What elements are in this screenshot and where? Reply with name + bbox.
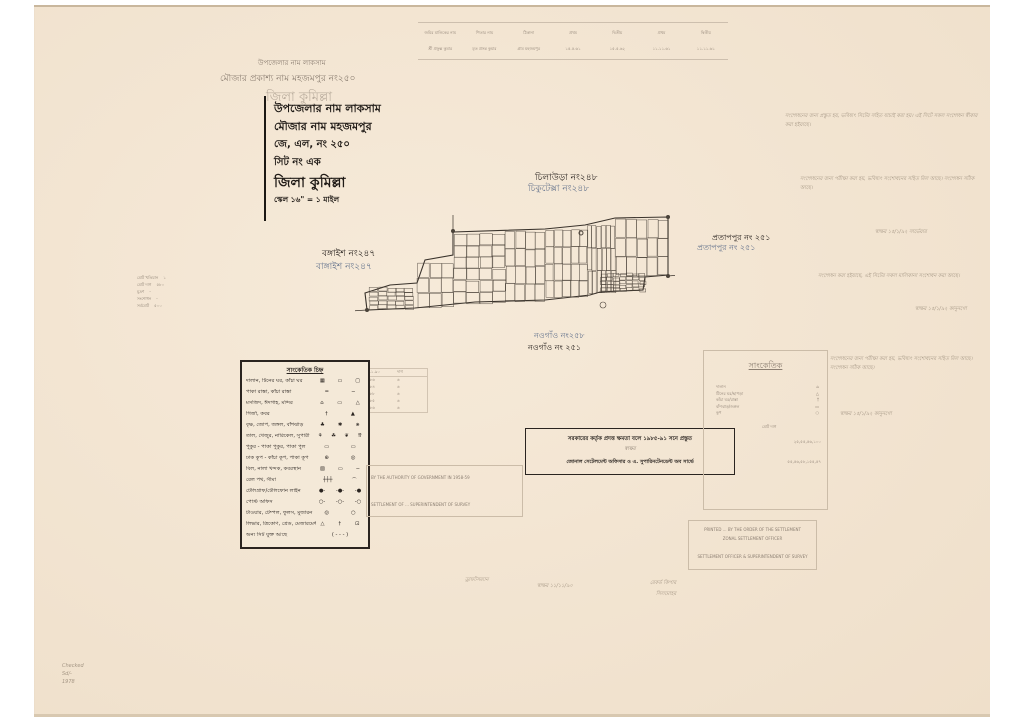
register-cell: ১৫.৫.৬১ <box>551 46 595 53</box>
legend-symbol-icon: -● <box>355 488 361 496</box>
legend-item-label: বৃক্ষ, জোপ, জঙ্গল, বাঁশঝাড় <box>246 422 316 430</box>
legend-symbol-icon: △ <box>321 521 325 529</box>
legend-symbol-icon: ─ <box>352 389 355 397</box>
right-legend-items: দালান টিনের ঘর/ছাপড়া কাঁচা ঘর/রাস্তা বা… <box>716 384 743 417</box>
legend-symbol-icon: ⌒ <box>352 477 357 485</box>
legend-item: লিভার, ত্রিকোণ, গ্রেড, মেজারমেন্ট△†⊡ <box>246 521 364 529</box>
title-block: উপজেলার নাম লাকসাম মৌজার নাম মহজমপুর জে,… <box>264 96 472 221</box>
small-table-row: ৭৮৮৬ <box>367 391 427 398</box>
legend-item: ঢাক কূপ - কাঁচা কূপ, পাকা কূপ⊕◎ <box>246 455 364 463</box>
legend-symbol-icon: ▭ <box>338 378 343 386</box>
legend-symbol-icon: △ <box>356 400 360 408</box>
legend-item-label: রেল পথ, সীমা <box>246 477 316 485</box>
register-cell: ১১.১১.৬১ <box>639 46 683 53</box>
east-boundary-label-old: প্রতাপপুর নং ২৫১ <box>697 242 755 255</box>
pencil-note: সংশোধনের জন্য পরীক্ষা করা হয়, ভবিষ্যৎ স… <box>800 175 980 193</box>
legend-symbol-icon: -○ <box>355 499 361 507</box>
legend-symbol-icon: ⋇ <box>356 422 360 430</box>
pencil-note: সংশোধনের জন্য পরীক্ষা করা হয়, ভবিষ্যৎ স… <box>830 355 980 373</box>
legend-symbol-icon: † <box>339 521 342 529</box>
plot-grid <box>369 219 668 310</box>
legend-item-symbols: ▭▭ <box>316 444 364 452</box>
register-cell: গ্রাম মহজমপুর <box>507 46 551 53</box>
legend-item: টেলিগ্রাফ/টেলিফোন লাইন●--●--● <box>246 488 364 496</box>
register-cell: ১১.১১.৬১ <box>684 46 728 53</box>
legend-item: অন্য সিট যুক্ত আছে( - - - ) <box>246 532 364 540</box>
legend-symbol-icon: ☘ <box>331 433 336 441</box>
pencil-note-bottom: রেকর্ড কিপার <box>650 579 676 588</box>
pencil-note: সংশোধনের জন্য প্রস্তুত হয়, ভবিষ্যৎ সিটে… <box>785 112 980 130</box>
right-legend-value: ২৫,৫৫,৫৬,১০০ <box>794 439 821 446</box>
register-header-row: জমির মালিকের নাম পিতার নাম ঠিকানা প্রথম … <box>418 30 728 37</box>
register-header: দ্বিতীয় <box>684 30 728 37</box>
legend-item-symbols: ⌂▭△ <box>316 400 364 408</box>
upazila-name: উপজেলার নাম লাকসাম <box>274 100 381 119</box>
legend-box: সাংকেতিক চিহ্ন দালান, টিনের ঘর, কাঁচা ঘর… <box>240 360 370 549</box>
legend-item-symbols: ( - - - ) <box>316 532 364 540</box>
pencil-signature: স্বাক্ষর ১৫/১/৯২ কানুনগো <box>840 410 980 419</box>
legend-title: সাংকেতিক চিহ্ন <box>242 365 368 376</box>
register-header: প্রথম <box>551 30 595 37</box>
legend-item-symbols: ○--○--○ <box>316 499 364 507</box>
summary-row: মোট খতিয়ান ১ <box>137 274 166 281</box>
register-table: জমির মালিকের নাম পিতার নাম ঠিকানা প্রথম … <box>418 22 728 60</box>
right-legend-value: ৫৫,৫৬,৫৮,১৫৫,৫৭ <box>787 459 821 466</box>
legend-symbol-icon: ▧ <box>320 466 325 474</box>
legend-item: দালান, টিনের ঘর, কাঁচা ঘর▦▭▢ <box>246 378 364 386</box>
right-legend-title: সাংকেতিক <box>704 360 827 373</box>
small-table-row: ৭৮৬৬ <box>367 405 427 412</box>
legend-item-label: পাকা রাস্তা, কাঁচা রাস্তা <box>246 389 316 397</box>
legend-symbol-icon: ●- <box>319 488 325 496</box>
left-summary: মোট খতিয়ান ১ মোট দাগ ৫৮০ মুদ্রণ - সংশোধ… <box>137 274 166 309</box>
register-header: পিতার নাম <box>462 30 506 37</box>
mouza-name: মৌজার নাম মহজমপুর <box>274 118 372 137</box>
register-header: জমির মালিকের নাম <box>418 30 462 37</box>
small-plot-table: ২.১.৯০দাগ ৭৮৬৬ ৭৮৪৬ ৭৮৮৬ ৭৮৫৬ ৭৮৬৬ <box>366 368 428 413</box>
legend-item: গির্জা, কবর†▲ <box>246 411 364 419</box>
legend-item-symbols: ┼┼┼⌒ <box>316 477 364 485</box>
sheet-number: সিট নং এক <box>274 155 321 172</box>
stamp-text: PRINTED ... BY THE ORDER OF THE SETTLEME… <box>689 527 816 532</box>
legend-symbol-icon: ○- <box>319 499 325 507</box>
faded-english-stamp: BY THE AUTHORITY OF GOVERNMENT IN 1958-5… <box>366 465 523 517</box>
legend-symbol-icon: ⌂ <box>320 400 323 408</box>
small-table-row: ৭৮৬৬ <box>367 377 427 384</box>
register-cell: মৃত প্রসন্ন কুমার <box>462 46 506 53</box>
faded-stamp-right: PRINTED ... BY THE ORDER OF THE SETTLEME… <box>688 520 817 570</box>
legend-symbol-icon: ○ <box>351 510 356 518</box>
legend-item-label: পোস্ট অফিস <box>246 499 316 507</box>
legend-symbol-icon: ⇈ <box>358 433 362 441</box>
legend-item-symbols: ⊕◎ <box>316 455 364 463</box>
legend-item-symbols: ▧▭∼ <box>316 466 364 474</box>
legend-item: টাওয়ার, টেম্পল, ফুলস, মুজারন◎○ <box>246 510 364 518</box>
legend-symbol-icon: ∼ <box>356 466 360 474</box>
small-table-header: ২.১.৯০দাগ <box>367 369 427 377</box>
legend-symbol-icon: ▦ <box>320 378 325 386</box>
legend-symbol-icon: ♣ <box>320 422 325 430</box>
legend-item-symbols: ♣✱⋇ <box>316 422 364 430</box>
legend-symbol-icon: ═ <box>325 389 328 397</box>
stamp-text: ZONAL SETTLEMENT OFFICER <box>689 536 816 541</box>
summary-row: মুদ্রণ - <box>137 288 166 295</box>
legend-symbol-icon: ┼┼┼ <box>323 477 332 485</box>
summary-row: মোট দাগ ৫৮০ <box>137 281 166 288</box>
legend-item-label: লিভার, ত্রিকোণ, গ্রেড, মেজারমেন্ট <box>246 521 316 529</box>
north-boundary-label-old: চিকুটেক্সা নং২৪৮ <box>528 181 589 196</box>
south-boundary-label: নওগাঁও নং ২৫১ <box>528 342 581 355</box>
stamp-text: BY THE AUTHORITY OF GOVERNMENT IN 1958-5… <box>371 475 470 480</box>
stamp-text: SETTLEMENT OFFICER & SUPERINTENDENT OF S… <box>689 554 816 559</box>
legend-item: বিল, নালা খন্দক, কবরস্থান▧▭∼ <box>246 466 364 474</box>
small-table-row: ৭৮৫৬ <box>367 398 427 405</box>
legend-symbol-icon: ▭ <box>338 466 343 474</box>
right-legend-footer: মোট দাগ <box>762 424 776 431</box>
summary-row: সর্বমোট ৫০০ <box>137 302 166 309</box>
pencil-note-bottom: ড্রাফটসম্যান <box>465 576 488 585</box>
legend-item-label: পুকুর - পাকা পুকুর, পাকা পুল <box>246 444 316 452</box>
right-legend-box: সাংকেতিক দালান টিনের ঘর/ছাপড়া কাঁচা ঘর/… <box>703 350 828 510</box>
jl-number: জে, এল, নং ২৫০ <box>274 137 350 154</box>
legend-symbol-icon: ⚘ <box>318 433 323 441</box>
pencil-note-bottom-left: CheckedSd/-1978 <box>62 662 84 686</box>
legend-symbol-icon: ▲ <box>351 411 355 419</box>
legend-item: পাকা রাস্তা, কাঁচা রাস্তা═─ <box>246 389 364 397</box>
legend-symbol-icon: ◎ <box>324 510 329 518</box>
legend-item-label: অন্য সিট যুক্ত আছে <box>246 532 316 540</box>
legend-item: রেল পথ, সীমা┼┼┼⌒ <box>246 477 364 485</box>
old-mouza-label: মৌজার প্রকাশ্য নাম মহজমপুর নং২৫০ <box>220 71 355 86</box>
legend-symbol-icon: ( - - - ) <box>332 532 348 540</box>
scale-label: স্কেল ১৬" = ১ মাইল <box>274 195 339 207</box>
legend-item: পুকুর - পাকা পুকুর, পাকা পুল▭▭ <box>246 444 364 452</box>
summary-row: সংশোধন - <box>137 295 166 302</box>
pencil-note-bottom: স্বাক্ষর ১১/১১/৯০ <box>537 582 573 591</box>
pencil-signature: স্বাক্ষর ১৫/১/৯২ কানুনগো <box>915 305 975 314</box>
right-legend-symbols: ⌂△†▭○ <box>815 384 819 417</box>
legend-symbol-icon: † <box>325 411 328 419</box>
legend-item-symbols: ◎○ <box>316 510 364 518</box>
legend-symbol-icon: -●- <box>336 488 344 496</box>
legend-symbol-icon: ✱ <box>338 422 342 430</box>
legend-item-symbols: †▲ <box>316 411 364 419</box>
pencil-signature: স্বাক্ষর ১৫/১/৯২ সার্ভেয়ার <box>875 228 935 237</box>
legend-symbol-icon: ▭ <box>324 444 329 452</box>
legend-item-label: ঢাক কূপ - কাঁচা কূপ, পাকা কূপ <box>246 455 316 463</box>
legend-item: পোস্ট অফিস○--○--○ <box>246 499 364 507</box>
legend-item: বৃক্ষ, জোপ, জঙ্গল, বাঁশঝাড়♣✱⋇ <box>246 422 364 430</box>
register-header: দ্বিতীয় <box>595 30 639 37</box>
legend-item-symbols: ●--●--● <box>316 488 364 496</box>
small-table-row: ৭৮৪৬ <box>367 384 427 391</box>
legend-item-symbols: ▦▭▢ <box>316 378 364 386</box>
legend-symbol-icon: -○- <box>336 499 344 507</box>
legend-symbol-icon: ◎ <box>351 455 356 463</box>
legend-item-symbols: ═─ <box>316 389 364 397</box>
old-upazila-label: উপজেলার নাম লাকসাম <box>258 57 326 69</box>
legend-item-label: বিল, নালা খন্দক, কবরস্থান <box>246 466 316 474</box>
register-header: ঠিকানা <box>507 30 551 37</box>
legend-item-label: তাল, খেজুর, নারিকেল, সুপারী <box>246 433 316 441</box>
legend-symbol-icon: ▢ <box>355 378 360 386</box>
legend-item-symbols: △†⊡ <box>316 521 364 529</box>
legend-item-label: টাওয়ার, টেম্পল, ফুলস, মুজারন <box>246 510 316 518</box>
register-cell: ১৫.৫.৬২ <box>595 46 639 53</box>
legend-item-label: দালান, টিনের ঘর, কাঁচা ঘর <box>246 378 316 386</box>
stamp-text: SETTLEMENT OF ... SUPERINTENDENT OF SURV… <box>371 502 470 507</box>
legend-symbol-icon: ▭ <box>337 400 342 408</box>
pencil-note: সংশোধন করা হইয়াছে, এই সিটের সকল মালিকান… <box>818 272 983 281</box>
legend-item-label: গির্জা, কবর <box>246 411 316 419</box>
legend-item-label: মসজিদ, ঈদগাহ, মন্দির <box>246 400 316 408</box>
legend-item-symbols: ⚘☘❦⇈ <box>316 433 364 441</box>
legend-item-label: টেলিগ্রাফ/টেলিফোন লাইন <box>246 488 316 496</box>
district-name: জিলা কুমিল্লা <box>274 171 346 195</box>
register-data-row: শ্রী প্রফুল্ল কুমার মৃত প্রসন্ন কুমার গ্… <box>418 46 728 53</box>
pencil-note-bottom: সিলমোহর <box>656 590 676 599</box>
register-cell: শ্রী প্রফুল্ল কুমার <box>418 46 462 53</box>
legend-symbol-icon: ⊕ <box>325 455 329 463</box>
mouza-plot-map <box>355 215 675 315</box>
legend-item: তাল, খেজুর, নারিকেল, সুপারী⚘☘❦⇈ <box>246 433 364 441</box>
legend-symbol-icon: ❦ <box>345 433 349 441</box>
right-legend-item: কূপ <box>716 410 743 417</box>
legend-item: মসজিদ, ঈদগাহ, মন্দির⌂▭△ <box>246 400 364 408</box>
register-header: প্রথম <box>639 30 683 37</box>
legend-symbol-icon: ⊡ <box>355 521 359 529</box>
legend-symbol-icon: ▭ <box>351 444 356 452</box>
